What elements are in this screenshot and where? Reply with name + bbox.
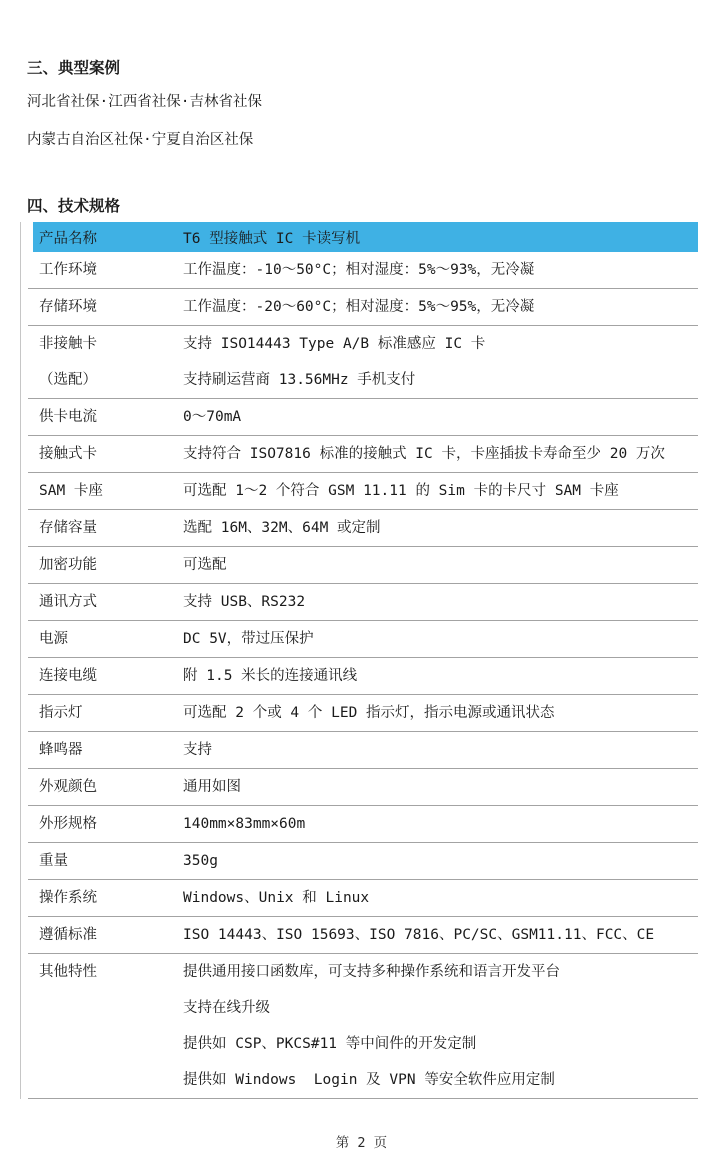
spec-label-cell: 外形规格 xyxy=(28,806,183,842)
spec-row: 通讯方式 支持 USB、RS232 xyxy=(28,584,698,621)
spec-value-line: 140mm×83mm×60m xyxy=(183,806,698,842)
spec-row: 遵循标准 ISO 14443、ISO 15693、ISO 7816、PC/SC、… xyxy=(28,917,698,954)
spec-value-line: Windows、Unix 和 Linux xyxy=(183,880,698,916)
spec-label-line: 蜂鸣器 xyxy=(39,732,183,768)
spec-row: 接触式卡 支持符合 ISO7816 标准的接触式 IC 卡，卡座插拔卡寿命至少 … xyxy=(28,436,698,473)
spec-label-line: 供卡电流 xyxy=(39,399,183,435)
spec-row: 其他特性 提供通用接口函数库，可支持多种操作系统和语言开发平台支持在线升级提供如… xyxy=(28,954,698,1099)
spec-label-line: 非接触卡 xyxy=(39,326,183,362)
spec-label-cell: 工作环境 xyxy=(28,252,183,288)
spec-value-cell: 可选配 2 个或 4 个 LED 指示灯，指示电源或通讯状态 xyxy=(183,695,698,731)
spec-label-line: （选配） xyxy=(39,362,183,398)
spec-value-cell: 支持 xyxy=(183,732,698,768)
spec-label-line: 重量 xyxy=(39,843,183,879)
spec-value-line: 可选配 2 个或 4 个 LED 指示灯，指示电源或通讯状态 xyxy=(183,695,698,731)
spec-value-line: ISO 14443、ISO 15693、ISO 7816、PC/SC、GSM11… xyxy=(183,917,698,953)
spec-row: 连接电缆 附 1.5 米长的连接通讯线 xyxy=(28,658,698,695)
spec-label-line: 加密功能 xyxy=(39,547,183,583)
spec-label-cell: 操作系统 xyxy=(28,880,183,916)
typical-cases-line-1: 河北省社保·江西省社保·吉林省社保 xyxy=(27,93,262,112)
spec-header-value: T6 型接触式 IC 卡读写机 xyxy=(183,227,698,248)
spec-row: 外形规格 140mm×83mm×60m xyxy=(28,806,698,843)
spec-label-cell: 蜂鸣器 xyxy=(28,732,183,768)
spec-label-line: 指示灯 xyxy=(39,695,183,731)
section-heading-typical-cases: 三、典型案例 xyxy=(27,58,120,78)
spec-table-body: 工作环境 工作温度：-10～50°C；相对湿度：5%～93%，无冷凝 存储环境 … xyxy=(21,252,698,1099)
spec-label-line: 通讯方式 xyxy=(39,584,183,620)
spec-label-cell: 外观颜色 xyxy=(28,769,183,805)
spec-row: 指示灯 可选配 2 个或 4 个 LED 指示灯，指示电源或通讯状态 xyxy=(28,695,698,732)
spec-label-line: 遵循标准 xyxy=(39,917,183,953)
spec-value-cell: 可选配 1～2 个符合 GSM 11.11 的 Sim 卡的卡尺寸 SAM 卡座 xyxy=(183,473,698,509)
spec-value-line: 支持符合 ISO7816 标准的接触式 IC 卡，卡座插拔卡寿命至少 20 万次 xyxy=(183,436,698,472)
spec-row: 供卡电流 0～70mA xyxy=(28,399,698,436)
spec-value-line: 支持 ISO14443 Type A/B 标准感应 IC 卡 xyxy=(183,326,698,362)
spec-value-line: 提供如 CSP、PKCS#11 等中间件的开发定制 xyxy=(183,1026,698,1062)
spec-label-line: 外形规格 xyxy=(39,806,183,842)
spec-label-cell: 其他特性 xyxy=(28,954,183,1098)
spec-value-cell: 支持 ISO14443 Type A/B 标准感应 IC 卡支持刷运营商 13.… xyxy=(183,326,698,398)
spec-row: 蜂鸣器 支持 xyxy=(28,732,698,769)
spec-label-line: 工作环境 xyxy=(39,252,183,288)
spec-label-cell: 电源 xyxy=(28,621,183,657)
spec-value-line: 工作温度：-20～60°C；相对湿度：5%～95%，无冷凝 xyxy=(183,289,698,325)
spec-value-line: 支持 xyxy=(183,732,698,768)
spec-row: 存储容量 选配 16M、32M、64M 或定制 xyxy=(28,510,698,547)
spec-value-cell: 附 1.5 米长的连接通讯线 xyxy=(183,658,698,694)
spec-value-cell: 提供通用接口函数库，可支持多种操作系统和语言开发平台支持在线升级提供如 CSP、… xyxy=(183,954,698,1098)
spec-table: 产品名称 T6 型接触式 IC 卡读写机 工作环境 工作温度：-10～50°C；… xyxy=(20,222,698,1099)
spec-label-cell: 加密功能 xyxy=(28,547,183,583)
spec-value-cell: 通用如图 xyxy=(183,769,698,805)
document-page: 三、典型案例 河北省社保·江西省社保·吉林省社保 内蒙古自治区社保·宁夏自治区社… xyxy=(0,0,723,1161)
spec-value-cell: 350g xyxy=(183,843,698,879)
spec-value-cell: ISO 14443、ISO 15693、ISO 7816、PC/SC、GSM11… xyxy=(183,917,698,953)
spec-label-cell: 供卡电流 xyxy=(28,399,183,435)
spec-row: 重量 350g xyxy=(28,843,698,880)
spec-value-line: 0～70mA xyxy=(183,399,698,435)
spec-value-cell: 140mm×83mm×60m xyxy=(183,806,698,842)
spec-label-cell: 非接触卡（选配） xyxy=(28,326,183,398)
spec-value-cell: Windows、Unix 和 Linux xyxy=(183,880,698,916)
spec-value-line: 可选配 xyxy=(183,547,698,583)
spec-row: 工作环境 工作温度：-10～50°C；相对湿度：5%～93%，无冷凝 xyxy=(28,252,698,289)
spec-row: 存储环境 工作温度：-20～60°C；相对湿度：5%～95%，无冷凝 xyxy=(28,289,698,326)
spec-row: 外观颜色 通用如图 xyxy=(28,769,698,806)
spec-value-cell: 工作温度：-20～60°C；相对湿度：5%～95%，无冷凝 xyxy=(183,289,698,325)
spec-label-cell: 存储容量 xyxy=(28,510,183,546)
spec-value-cell: 支持 USB、RS232 xyxy=(183,584,698,620)
spec-value-line: DC 5V，带过压保护 xyxy=(183,621,698,657)
spec-label-cell: SAM 卡座 xyxy=(28,473,183,509)
spec-value-line: 350g xyxy=(183,843,698,879)
page-number: 第 2 页 xyxy=(0,1131,723,1151)
spec-label-cell: 接触式卡 xyxy=(28,436,183,472)
spec-value-line: 可选配 1～2 个符合 GSM 11.11 的 Sim 卡的卡尺寸 SAM 卡座 xyxy=(183,473,698,509)
spec-value-cell: 可选配 xyxy=(183,547,698,583)
spec-label-line: 操作系统 xyxy=(39,880,183,916)
spec-label-cell: 连接电缆 xyxy=(28,658,183,694)
spec-value-line: 提供如 Windows Login 及 VPN 等安全软件应用定制 xyxy=(183,1062,698,1098)
spec-value-cell: 工作温度：-10～50°C；相对湿度：5%～93%，无冷凝 xyxy=(183,252,698,288)
spec-label-cell: 通讯方式 xyxy=(28,584,183,620)
spec-label-line: 存储容量 xyxy=(39,510,183,546)
spec-value-cell: 选配 16M、32M、64M 或定制 xyxy=(183,510,698,546)
spec-value-line: 工作温度：-10～50°C；相对湿度：5%～93%，无冷凝 xyxy=(183,252,698,288)
spec-table-header-row: 产品名称 T6 型接触式 IC 卡读写机 xyxy=(33,222,698,252)
spec-value-line: 支持 USB、RS232 xyxy=(183,584,698,620)
spec-row: 电源 DC 5V，带过压保护 xyxy=(28,621,698,658)
spec-row: 非接触卡（选配） 支持 ISO14443 Type A/B 标准感应 IC 卡支… xyxy=(28,326,698,399)
spec-label-cell: 存储环境 xyxy=(28,289,183,325)
spec-label-line: 外观颜色 xyxy=(39,769,183,805)
spec-row: 加密功能 可选配 xyxy=(28,547,698,584)
spec-value-cell: 0～70mA xyxy=(183,399,698,435)
spec-row: SAM 卡座 可选配 1～2 个符合 GSM 11.11 的 Sim 卡的卡尺寸… xyxy=(28,473,698,510)
spec-label-cell: 指示灯 xyxy=(28,695,183,731)
spec-label-cell: 重量 xyxy=(28,843,183,879)
spec-label-cell: 遵循标准 xyxy=(28,917,183,953)
spec-value-line: 支持刷运营商 13.56MHz 手机支付 xyxy=(183,362,698,398)
spec-value-line: 提供通用接口函数库，可支持多种操作系统和语言开发平台 xyxy=(183,954,698,990)
spec-label-line: 接触式卡 xyxy=(39,436,183,472)
spec-value-line: 通用如图 xyxy=(183,769,698,805)
spec-value-cell: DC 5V，带过压保护 xyxy=(183,621,698,657)
typical-cases-line-2: 内蒙古自治区社保·宁夏自治区社保 xyxy=(27,131,253,150)
spec-label-line: 连接电缆 xyxy=(39,658,183,694)
spec-label-line: 电源 xyxy=(39,621,183,657)
spec-label-line: 存储环境 xyxy=(39,289,183,325)
spec-row: 操作系统 Windows、Unix 和 Linux xyxy=(28,880,698,917)
spec-value-line: 支持在线升级 xyxy=(183,990,698,1026)
spec-header-label: 产品名称 xyxy=(33,227,183,248)
section-heading-tech-specs: 四、技术规格 xyxy=(27,196,120,216)
spec-value-line: 选配 16M、32M、64M 或定制 xyxy=(183,510,698,546)
spec-label-line: SAM 卡座 xyxy=(39,473,183,509)
spec-value-cell: 支持符合 ISO7816 标准的接触式 IC 卡，卡座插拔卡寿命至少 20 万次 xyxy=(183,436,698,472)
spec-value-line: 附 1.5 米长的连接通讯线 xyxy=(183,658,698,694)
spec-label-line: 其他特性 xyxy=(39,954,183,990)
